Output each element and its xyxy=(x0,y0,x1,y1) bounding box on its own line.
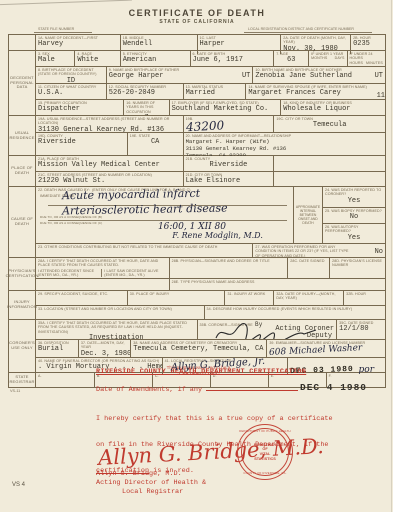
side-label-place-of-death: PLACE OF DEATH xyxy=(9,156,36,186)
field-32a-date-of-injury: 32A. DATE OF INJURY—(MONTH, DAY, YEAR) xyxy=(273,291,343,305)
field-16-years-occupation: 16. NUMBER OF YEARS IN THIS OCCUPATION 7 xyxy=(123,100,168,115)
field-22-cause-block: 22. DEATH WAS CAUSED BY: (ENTER ONLY ONE… xyxy=(36,187,293,243)
field-19b-zip: 19B. 43200 xyxy=(183,116,274,132)
field-11-citizenship: 11. CITIZEN OF WHAT COUNTRY U.S.A. xyxy=(36,84,106,99)
field-6-date-of-birth: 6. DATE OF BIRTH June 6, 1917 xyxy=(190,51,274,66)
field-35b-coroner-signature: 35B. CORONER—SIGNATURE By Acting Coroner… xyxy=(197,320,337,339)
field-21a-place-of-death: 21A. PLACE OF DEATH Mission Valley Medic… xyxy=(36,156,183,171)
field-4-race: 4. RACE White xyxy=(74,51,119,66)
field-8-birthplace: 8. BIRTHPLACE OF DECEDENT (STATE OR FORE… xyxy=(36,67,106,83)
field-13-marital-status: 13. MARITAL STATUS Married xyxy=(183,84,246,99)
field-26-autopsy: 26. WAS AUTOPSY PERFORMED? Yes xyxy=(323,223,385,244)
field-38-cemetery: 38. NAME AND ADDRESS OF CEMETERY OR CREM… xyxy=(130,340,266,357)
field-20-informant: 20. NAME AND ADDRESS OF INFORMANT—RELATI… xyxy=(183,133,385,156)
form-grid: 1A. NAME OF DECEDENT—FIRST Harvey 1B. MI… xyxy=(8,34,386,388)
field-7-under-24-hours: IF UNDER 24 HOURS HOURSMINUTES xyxy=(347,51,385,66)
field-25-biopsy: 25. WAS BIOPSY PERFORMED? No xyxy=(323,207,385,223)
document-subtitle: STATE OF CALIFORNIA xyxy=(8,19,386,25)
field-9-father: 9. NAME AND BIRTHPLACE OF FATHER George … xyxy=(106,67,253,83)
health-department-seal: DEPARTMENT OF PUBLIC HEALTH REGISTRAR OF… xyxy=(237,424,293,480)
field-5-ethnicity: 5. ETHNICITY American xyxy=(120,51,190,66)
county-certification-block: RIVERSIDE COUNTY HEALTH DEPARTMENT CERTI… xyxy=(0,362,393,512)
handwritten-cause-a: Acute myocardial infarct xyxy=(62,187,200,202)
field-37-date: 37. DATE—MONTH, DAY, YEAR Dec. 3, 1980 xyxy=(78,340,130,357)
field-35c-date-signed: 35C. DATE SIGNED 12/1/80 xyxy=(336,320,385,339)
side-label-decedent: DECEDENT PERSONAL DATA xyxy=(9,51,36,115)
field-10-mother: 10. BIRTH NAME AND BIRTHPLACE OF MOTHER … xyxy=(252,67,385,83)
cause-line-c: DUE TO, OR AS A CONSEQUENCE OF (C) 16:00… xyxy=(48,222,287,244)
field-35a-inquest: 35A. I CERTIFY THAT DEATH OCCURRED AT TH… xyxy=(36,320,197,339)
field-28a-continued xyxy=(36,279,169,290)
side-label-residence: USUAL RESIDENCE xyxy=(9,116,36,155)
field-7-under-1-year: IF UNDER 1 YEAR MONTHSDAYS xyxy=(308,51,346,66)
field-21-blank-right2 xyxy=(273,172,385,187)
scan-artifact-line xyxy=(0,0,132,5)
interval-label: APPROXIMATE INTERVAL BETWEEN ONSET AND D… xyxy=(293,187,322,243)
field-29-accident-type: 29. SPECIFY ACCIDENT, SUICIDE, ETC. xyxy=(36,291,127,305)
state-file-number-label: STATE FILE NUMBER xyxy=(34,27,92,33)
handwritten-physician-signature: F. Rene Modglin, M.D. xyxy=(172,231,263,240)
field-34-how-injury-occurred: 34. DESCRIBE HOW INJURY OCCURRED (EVENTS… xyxy=(204,306,385,320)
side-label-injury: INJURY INFORMATION xyxy=(9,291,36,319)
side-label-cause-of-death: CAUSE OF DEATH xyxy=(9,187,36,257)
field-32b-hour: 32B. HOUR xyxy=(343,291,385,305)
field-27-operation: 27. WAS OPERATION PERFORMED FOR ANY COND… xyxy=(252,244,385,258)
amendments-line: Date of Amendments, if any xyxy=(96,384,298,394)
field-28d-license-number: 28D. PHYSICIAN'S LICENSE NUMBER xyxy=(329,258,385,278)
edge-mark: 11 xyxy=(377,92,385,99)
received-date-stamp: DEC 4 1980 xyxy=(300,382,367,393)
field-28a-certify: 28A. I CERTIFY THAT DEATH OCCURRED AT TH… xyxy=(36,258,169,278)
field-21-blank-right xyxy=(273,156,385,171)
handwritten-cause-b: Arteriosclerotic heart disease xyxy=(62,202,228,218)
vs4-code: VS 4 xyxy=(12,482,25,488)
cause-line-b: DUE TO, OR AS A CONSEQUENCE OF (B) Arter… xyxy=(48,207,287,221)
death-certificate-form: CERTIFICATE OF DEATH STATE OF CALIFORNIA… xyxy=(8,8,386,393)
district-number-label: LOCAL REGISTRATION DISTRICT AND CERTIFIC… xyxy=(244,27,372,33)
field-39-embalmer: 39. EMBALMER—SIGNATURE AND LICENSE NUMBE… xyxy=(266,340,385,357)
registrar-typed-name: Allyn G. Bridge, M.D. Acting Director of… xyxy=(96,470,206,497)
field-21d-city: 21D. CITY OR TOWN Lake Elsinore xyxy=(183,172,274,187)
field-14-surviving-spouse: 14. NAME OF SURVIVING SPOUSE (IF WIFE, E… xyxy=(245,84,385,99)
amendments-blank-line xyxy=(206,384,298,391)
field-19d-county: 19D. COUNTY Riverside xyxy=(36,133,127,156)
field-21b-county: 21B. COUNTY Riverside xyxy=(183,156,274,171)
field-33-location: 33. LOCATION (STREET AND NUMBER OR LOCAT… xyxy=(36,306,204,320)
field-24-reported-to-coroner: 24. WAS DEATH REPORTED TO CORONER? Yes xyxy=(323,187,385,207)
field-28e-physician-name-address: 28E. TYPE PHYSICIAN'S NAME AND ADDRESS xyxy=(169,279,385,290)
field-15-occupation: 15. PRIMARY OCCUPATION Dispatcher xyxy=(36,100,123,115)
top-labels: STATE FILE NUMBER LOCAL REGISTRATION DIS… xyxy=(8,27,386,34)
seal-inner-text: REGISTRAR OF VITAL STATISTICS xyxy=(254,443,276,462)
field-19c-city: 19C. CITY OR TOWN Temecula xyxy=(273,116,385,132)
field-19a-street: 19A. USUAL RESIDENCE—STREET ADDRESS (STR… xyxy=(36,116,183,132)
coroner-questions: 24. WAS DEATH REPORTED TO CORONER? Yes 2… xyxy=(322,187,385,243)
document-title: CERTIFICATE OF DEATH xyxy=(8,8,386,18)
field-36-disposition: 36. DISPOSITION Burial xyxy=(36,340,78,357)
field-7-age: 7. AGE 63 xyxy=(273,51,308,66)
field-31-injury-at-work: 31. INJURY AT WORK xyxy=(224,291,273,305)
field-3-sex: 3. SEX Male xyxy=(36,51,74,66)
field-19e-state: 19E. STATE CA xyxy=(127,133,183,156)
field-23-other-conditions: 23. OTHER CONDITIONS CONTRIBUTING BUT NO… xyxy=(36,244,252,258)
side-label-blank xyxy=(9,35,36,50)
field-17-employer: 17. EMPLOYER (IF SELF-EMPLOYED, SO STATE… xyxy=(169,100,281,115)
field-30-place-of-injury: 30. PLACE OF INJURY xyxy=(127,291,225,305)
side-label-physician: PHYSICIAN'S CERTIFICATION xyxy=(9,258,36,290)
field-12-ssn: 12. SOCIAL SECURITY NUMBER 526-20-2049 xyxy=(106,84,183,99)
field-28b-physician-signature: 28B. PHYSICIAN—SIGNATURE AND DEGREE OR T… xyxy=(169,258,288,278)
field-18-industry: 18. KIND OF INDUSTRY OR BUSINESS Wholesa… xyxy=(280,100,385,115)
field-28c-date-signed: 28C. DATE SIGNED xyxy=(287,258,329,278)
field-21c-street: 21C. STREET ADDRESS (STREET AND NUMBER O… xyxy=(36,172,183,187)
